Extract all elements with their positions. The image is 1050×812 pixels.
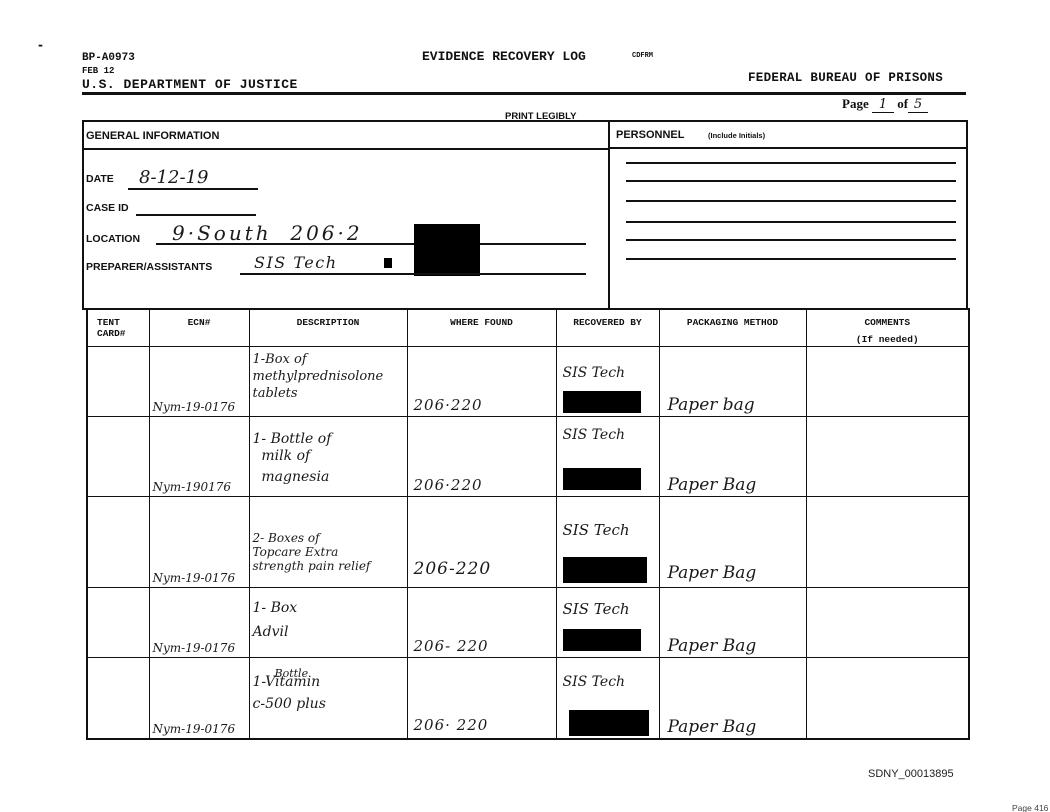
preparer-partial-redaction bbox=[384, 258, 392, 268]
packaging-method-cell[interactable]: Paper bag bbox=[659, 346, 806, 416]
description-line: methylprednisolone bbox=[253, 368, 405, 385]
where-found-value: 206·220 bbox=[414, 396, 483, 414]
date-field-line bbox=[128, 188, 258, 190]
description-cell[interactable]: 1- Box Advil bbox=[249, 587, 407, 657]
section-divider bbox=[608, 147, 966, 149]
comments-cell[interactable] bbox=[806, 346, 969, 416]
section-title: PERSONNEL bbox=[616, 129, 684, 141]
recovered-by-cell[interactable]: SIS Tech bbox=[556, 416, 659, 496]
general-information-section: GENERAL INFORMATION DATE 8-12-19 CASE ID… bbox=[82, 120, 610, 310]
column-header-label: ECN# bbox=[188, 317, 211, 328]
column-header-label: COMMENTS bbox=[807, 317, 969, 328]
tent-card-cell[interactable] bbox=[87, 657, 149, 739]
preparer-label: PREPARER/ASSISTANTS bbox=[86, 261, 212, 273]
ecn-value: Nym-19-0176 bbox=[153, 571, 236, 585]
form-revision-date: FEB 12 bbox=[82, 66, 114, 76]
where-found-cell[interactable]: 206·220 bbox=[407, 416, 556, 496]
comments-cell[interactable] bbox=[806, 587, 969, 657]
personnel-line-6[interactable] bbox=[626, 258, 956, 260]
page-label: Page bbox=[842, 96, 869, 111]
tent-card-cell[interactable] bbox=[87, 346, 149, 416]
table-row: Nym-19-0176 Bottle 1-Vitamin c-500 plus … bbox=[87, 657, 969, 739]
where-found-cell[interactable]: 206-220 bbox=[407, 496, 556, 587]
form-number: BP-A0973 bbox=[82, 52, 135, 64]
column-header-label-2: CARD# bbox=[97, 328, 149, 339]
packaging-method-value: Paper Bag bbox=[668, 636, 757, 656]
column-header-label: DESCRIPTION bbox=[297, 317, 360, 328]
description-line: 1-Box of bbox=[253, 351, 405, 368]
where-found-cell[interactable]: 206- 220 bbox=[407, 587, 556, 657]
description-line: 1- Box bbox=[253, 596, 405, 620]
date-field[interactable]: 8-12-19 bbox=[139, 167, 208, 188]
ecn-value: Nym-19-0176 bbox=[153, 400, 236, 414]
preparer-field[interactable]: SIS Tech bbox=[254, 253, 338, 272]
where-found-cell[interactable]: 206· 220 bbox=[407, 657, 556, 739]
bates-number: SDNY_00013895 bbox=[868, 768, 954, 780]
personnel-line-3[interactable] bbox=[626, 200, 956, 202]
column-header-label: RECOVERED BY bbox=[573, 317, 641, 328]
tent-card-cell[interactable] bbox=[87, 587, 149, 657]
column-header-recovered-by: RECOVERED BY bbox=[556, 309, 659, 346]
case-id-label: CASE ID bbox=[86, 202, 129, 214]
description-cell[interactable]: 1-Box of methylprednisolone tablets bbox=[249, 346, 407, 416]
packaging-method-cell[interactable]: Paper Bag bbox=[659, 657, 806, 739]
recovered-by-cell[interactable]: SIS Tech bbox=[556, 587, 659, 657]
column-header-label: TENT bbox=[97, 317, 149, 328]
location-field[interactable]: 9·South 206·2 bbox=[172, 221, 363, 245]
department-name: U.S. DEPARTMENT OF JUSTICE bbox=[82, 77, 298, 92]
recovered-by-redaction bbox=[563, 557, 647, 583]
table-row: Nym-19-0176 1- Box Advil 206- 220 SIS Te… bbox=[87, 587, 969, 657]
description-line: 1- Bottle of bbox=[253, 431, 405, 448]
description-cell[interactable]: 2- Boxes of Topcare Extra strength pain … bbox=[249, 496, 407, 587]
description-value: Bottle 1-Vitamin c-500 plus bbox=[253, 672, 405, 714]
bureau-name: FEDERAL BUREAU OF PRISONS bbox=[748, 71, 943, 85]
recovered-by-value: SIS Tech bbox=[563, 674, 626, 690]
personnel-line-4[interactable] bbox=[626, 221, 956, 223]
personnel-section: PERSONNEL (Include Initials) bbox=[608, 120, 968, 310]
personnel-line-5[interactable] bbox=[626, 239, 956, 241]
comments-cell[interactable] bbox=[806, 416, 969, 496]
table-row: Nym-190176 1- Bottle of milk of magnesia… bbox=[87, 416, 969, 496]
ecn-value: Nym-19-0176 bbox=[153, 641, 236, 655]
recovered-by-redaction bbox=[563, 391, 641, 413]
packaging-method-cell[interactable]: Paper Bag bbox=[659, 496, 806, 587]
description-insertion-note: Bottle bbox=[275, 664, 309, 684]
description-cell[interactable]: Bottle 1-Vitamin c-500 plus bbox=[249, 657, 407, 739]
recovered-by-value: SIS Tech bbox=[563, 521, 630, 539]
description-value: 2- Boxes of Topcare Extra strength pain … bbox=[253, 531, 405, 573]
column-header-description: DESCRIPTION bbox=[249, 309, 407, 346]
ecn-cell[interactable]: Nym-19-0176 bbox=[149, 587, 249, 657]
packaging-method-cell[interactable]: Paper Bag bbox=[659, 587, 806, 657]
pdf-page-number: Page 416 bbox=[1012, 803, 1048, 812]
location-redaction bbox=[414, 224, 480, 276]
description-line: Advil bbox=[253, 620, 405, 644]
recovered-by-redaction bbox=[563, 629, 641, 651]
tent-card-cell[interactable] bbox=[87, 496, 149, 587]
table-row: Nym-19-0176 1-Box of methylprednisolone … bbox=[87, 346, 969, 416]
recovered-by-cell[interactable]: SIS Tech bbox=[556, 496, 659, 587]
where-found-value: 206- 220 bbox=[414, 637, 489, 655]
evidence-log-table: TENT CARD# ECN# DESCRIPTION WHERE FOUND … bbox=[86, 308, 970, 740]
packaging-method-value: Paper Bag bbox=[668, 717, 757, 737]
ecn-value: Nym-19-0176 bbox=[153, 722, 236, 736]
recovered-by-redaction bbox=[569, 710, 649, 736]
ecn-cell[interactable]: Nym-19-0176 bbox=[149, 346, 249, 416]
description-line: c-500 plus bbox=[253, 694, 405, 714]
recovered-by-cell[interactable]: SIS Tech bbox=[556, 657, 659, 739]
page-of-label: of bbox=[897, 96, 908, 111]
corner-mark: - bbox=[38, 38, 43, 52]
section-divider bbox=[84, 148, 608, 150]
column-header-where-found: WHERE FOUND bbox=[407, 309, 556, 346]
comments-cell[interactable] bbox=[806, 657, 969, 739]
where-found-value: 206·220 bbox=[414, 476, 483, 494]
recovered-by-redaction bbox=[563, 468, 641, 490]
recovered-by-value: SIS Tech bbox=[563, 600, 630, 618]
where-found-value: 206· 220 bbox=[414, 716, 489, 734]
column-header-tent-card: TENT CARD# bbox=[87, 309, 149, 346]
comments-cell[interactable] bbox=[806, 496, 969, 587]
ecn-cell[interactable]: Nym-19-0176 bbox=[149, 496, 249, 587]
page-total: 5 bbox=[908, 97, 928, 113]
page-title: EVIDENCE RECOVERY LOG bbox=[422, 49, 586, 64]
description-value: 1- Box Advil bbox=[253, 596, 405, 644]
column-header-label: WHERE FOUND bbox=[450, 317, 513, 328]
packaging-method-value: Paper bag bbox=[668, 395, 755, 415]
column-header-ecn: ECN# bbox=[149, 309, 249, 346]
where-found-value: 206-220 bbox=[414, 559, 492, 579]
page-current: 1 bbox=[872, 97, 894, 113]
packaging-method-value: Paper Bag bbox=[668, 475, 757, 495]
description-line: strength pain relief bbox=[253, 559, 405, 573]
description-value: 1- Bottle of milk of magnesia bbox=[253, 431, 405, 486]
table-header-row: TENT CARD# ECN# DESCRIPTION WHERE FOUND … bbox=[87, 309, 969, 346]
recovered-by-value: SIS Tech bbox=[563, 427, 626, 443]
tent-card-cell[interactable] bbox=[87, 416, 149, 496]
page-indicator: Page 1 of5 bbox=[842, 96, 928, 113]
ecn-value: Nym-190176 bbox=[153, 480, 232, 494]
recovered-by-value: SIS Tech bbox=[563, 365, 626, 381]
packaging-method-value: Paper Bag bbox=[668, 563, 757, 583]
title-suffix: CDFRM bbox=[632, 52, 653, 60]
section-title: GENERAL INFORMATION bbox=[86, 130, 219, 142]
column-header-packaging-method: PACKAGING METHOD bbox=[659, 309, 806, 346]
preparer-field-line bbox=[240, 273, 586, 275]
column-header-label-2: (If needed) bbox=[807, 334, 969, 345]
description-line: magnesia bbox=[253, 469, 405, 486]
location-label: LOCATION bbox=[86, 233, 140, 245]
description-cell[interactable]: 1- Bottle of milk of magnesia bbox=[249, 416, 407, 496]
personnel-line-1[interactable] bbox=[626, 162, 956, 164]
description-value: 1-Box of methylprednisolone tablets bbox=[253, 351, 405, 402]
column-header-label: PACKAGING METHOD bbox=[687, 317, 778, 328]
description-line: milk of bbox=[253, 448, 405, 465]
case-id-field[interactable] bbox=[136, 214, 256, 216]
recovered-by-cell[interactable]: SIS Tech bbox=[556, 346, 659, 416]
date-label: DATE bbox=[86, 173, 114, 185]
section-note: (Include Initials) bbox=[708, 131, 765, 140]
header-divider bbox=[82, 92, 966, 95]
ecn-cell[interactable]: Nym-190176 bbox=[149, 416, 249, 496]
table-row: Nym-19-0176 2- Boxes of Topcare Extra st… bbox=[87, 496, 969, 587]
personnel-line-2[interactable] bbox=[626, 180, 956, 182]
column-header-comments: COMMENTS (If needed) bbox=[806, 309, 969, 346]
packaging-method-cell[interactable]: Paper Bag bbox=[659, 416, 806, 496]
ecn-cell[interactable]: Nym-19-0176 bbox=[149, 657, 249, 739]
description-line: 2- Boxes of bbox=[253, 531, 405, 545]
description-line: Topcare Extra bbox=[253, 545, 405, 559]
where-found-cell[interactable]: 206·220 bbox=[407, 346, 556, 416]
description-line: tablets bbox=[253, 385, 405, 402]
